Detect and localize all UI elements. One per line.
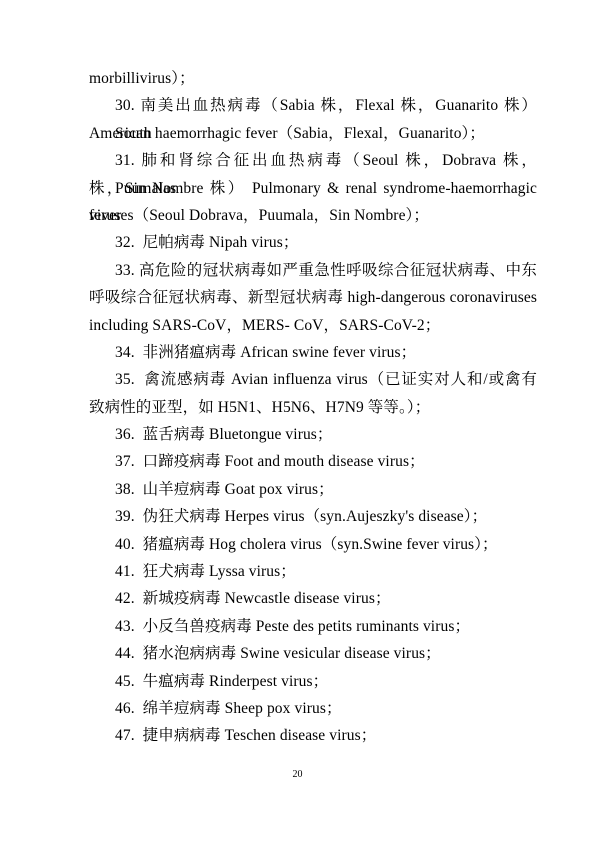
page-footer: 20 bbox=[0, 768, 595, 782]
text-line: including SARS-CoV，MERS- CoV，SARS-CoV-2； bbox=[89, 312, 537, 339]
text-line: 呼吸综合征冠状病毒、新型冠状病毒 high-dangerous coronavi… bbox=[89, 284, 537, 311]
text-line: 33. 高危险的冠状病毒如严重急性呼吸综合征冠状病毒、中东 bbox=[89, 257, 537, 284]
text-line: 35. 禽流感病毒 Avian influenza virus（已证实对人和/或… bbox=[89, 366, 537, 393]
text-line: 38. 山羊痘病毒 Goat pox virus； bbox=[89, 476, 537, 503]
document-page: morbillivirus）；30. 南美出血热病毒（Sabia 株，Flexa… bbox=[0, 0, 595, 841]
text-line: 40. 猪瘟病毒 Hog cholera virus（syn.Swine fev… bbox=[89, 531, 537, 558]
text-line: 31. 肺和肾综合征出血热病毒（Seoul 株，Dobrava 株，Puumal… bbox=[89, 147, 537, 174]
text-line: 致病性的亚型，如 H5N1、H5N6、H7N9 等等。）； bbox=[89, 394, 537, 421]
text-line: 37. 口蹄疫病毒 Foot and mouth disease virus； bbox=[89, 448, 537, 475]
text-line: 株，Sin Nombre 株） Pulmonary & renal syndro… bbox=[89, 175, 537, 202]
text-line: 36. 蓝舌病毒 Bluetongue virus； bbox=[89, 421, 537, 448]
text-line: 30. 南美出血热病毒（Sabia 株，Flexal 株，Guanarito 株… bbox=[89, 92, 537, 119]
text-line: 39. 伪狂犬病毒 Herpes virus（syn.Aujeszky's di… bbox=[89, 503, 537, 530]
text-line: 34. 非洲猪瘟病毒 African swine fever virus； bbox=[89, 339, 537, 366]
text-line: viruses（Seoul Dobrava，Puumala，Sin Nombre… bbox=[89, 202, 537, 229]
text-line: 42. 新城疫病毒 Newcastle disease virus； bbox=[89, 585, 537, 612]
page-number: 20 bbox=[293, 769, 303, 780]
text-line: 32. 尼帕病毒 Nipah virus； bbox=[89, 229, 537, 256]
text-line: 43. 小反刍兽疫病毒 Peste des petits ruminants v… bbox=[89, 613, 537, 640]
document-content: morbillivirus）；30. 南美出血热病毒（Sabia 株，Flexa… bbox=[89, 65, 537, 750]
text-line: 44. 猪水泡病病毒 Swine vesicular disease virus… bbox=[89, 640, 537, 667]
text-line: 46. 绵羊痘病毒 Sheep pox virus； bbox=[89, 695, 537, 722]
text-line: American haemorrhagic fever（Sabia，Flexal… bbox=[89, 120, 537, 147]
text-line: 45. 牛瘟病毒 Rinderpest virus； bbox=[89, 668, 537, 695]
text-line: 47. 捷申病病毒 Teschen disease virus； bbox=[89, 722, 537, 749]
text-line: 41. 狂犬病毒 Lyssa virus； bbox=[89, 558, 537, 585]
text-line: morbillivirus）； bbox=[89, 65, 537, 92]
